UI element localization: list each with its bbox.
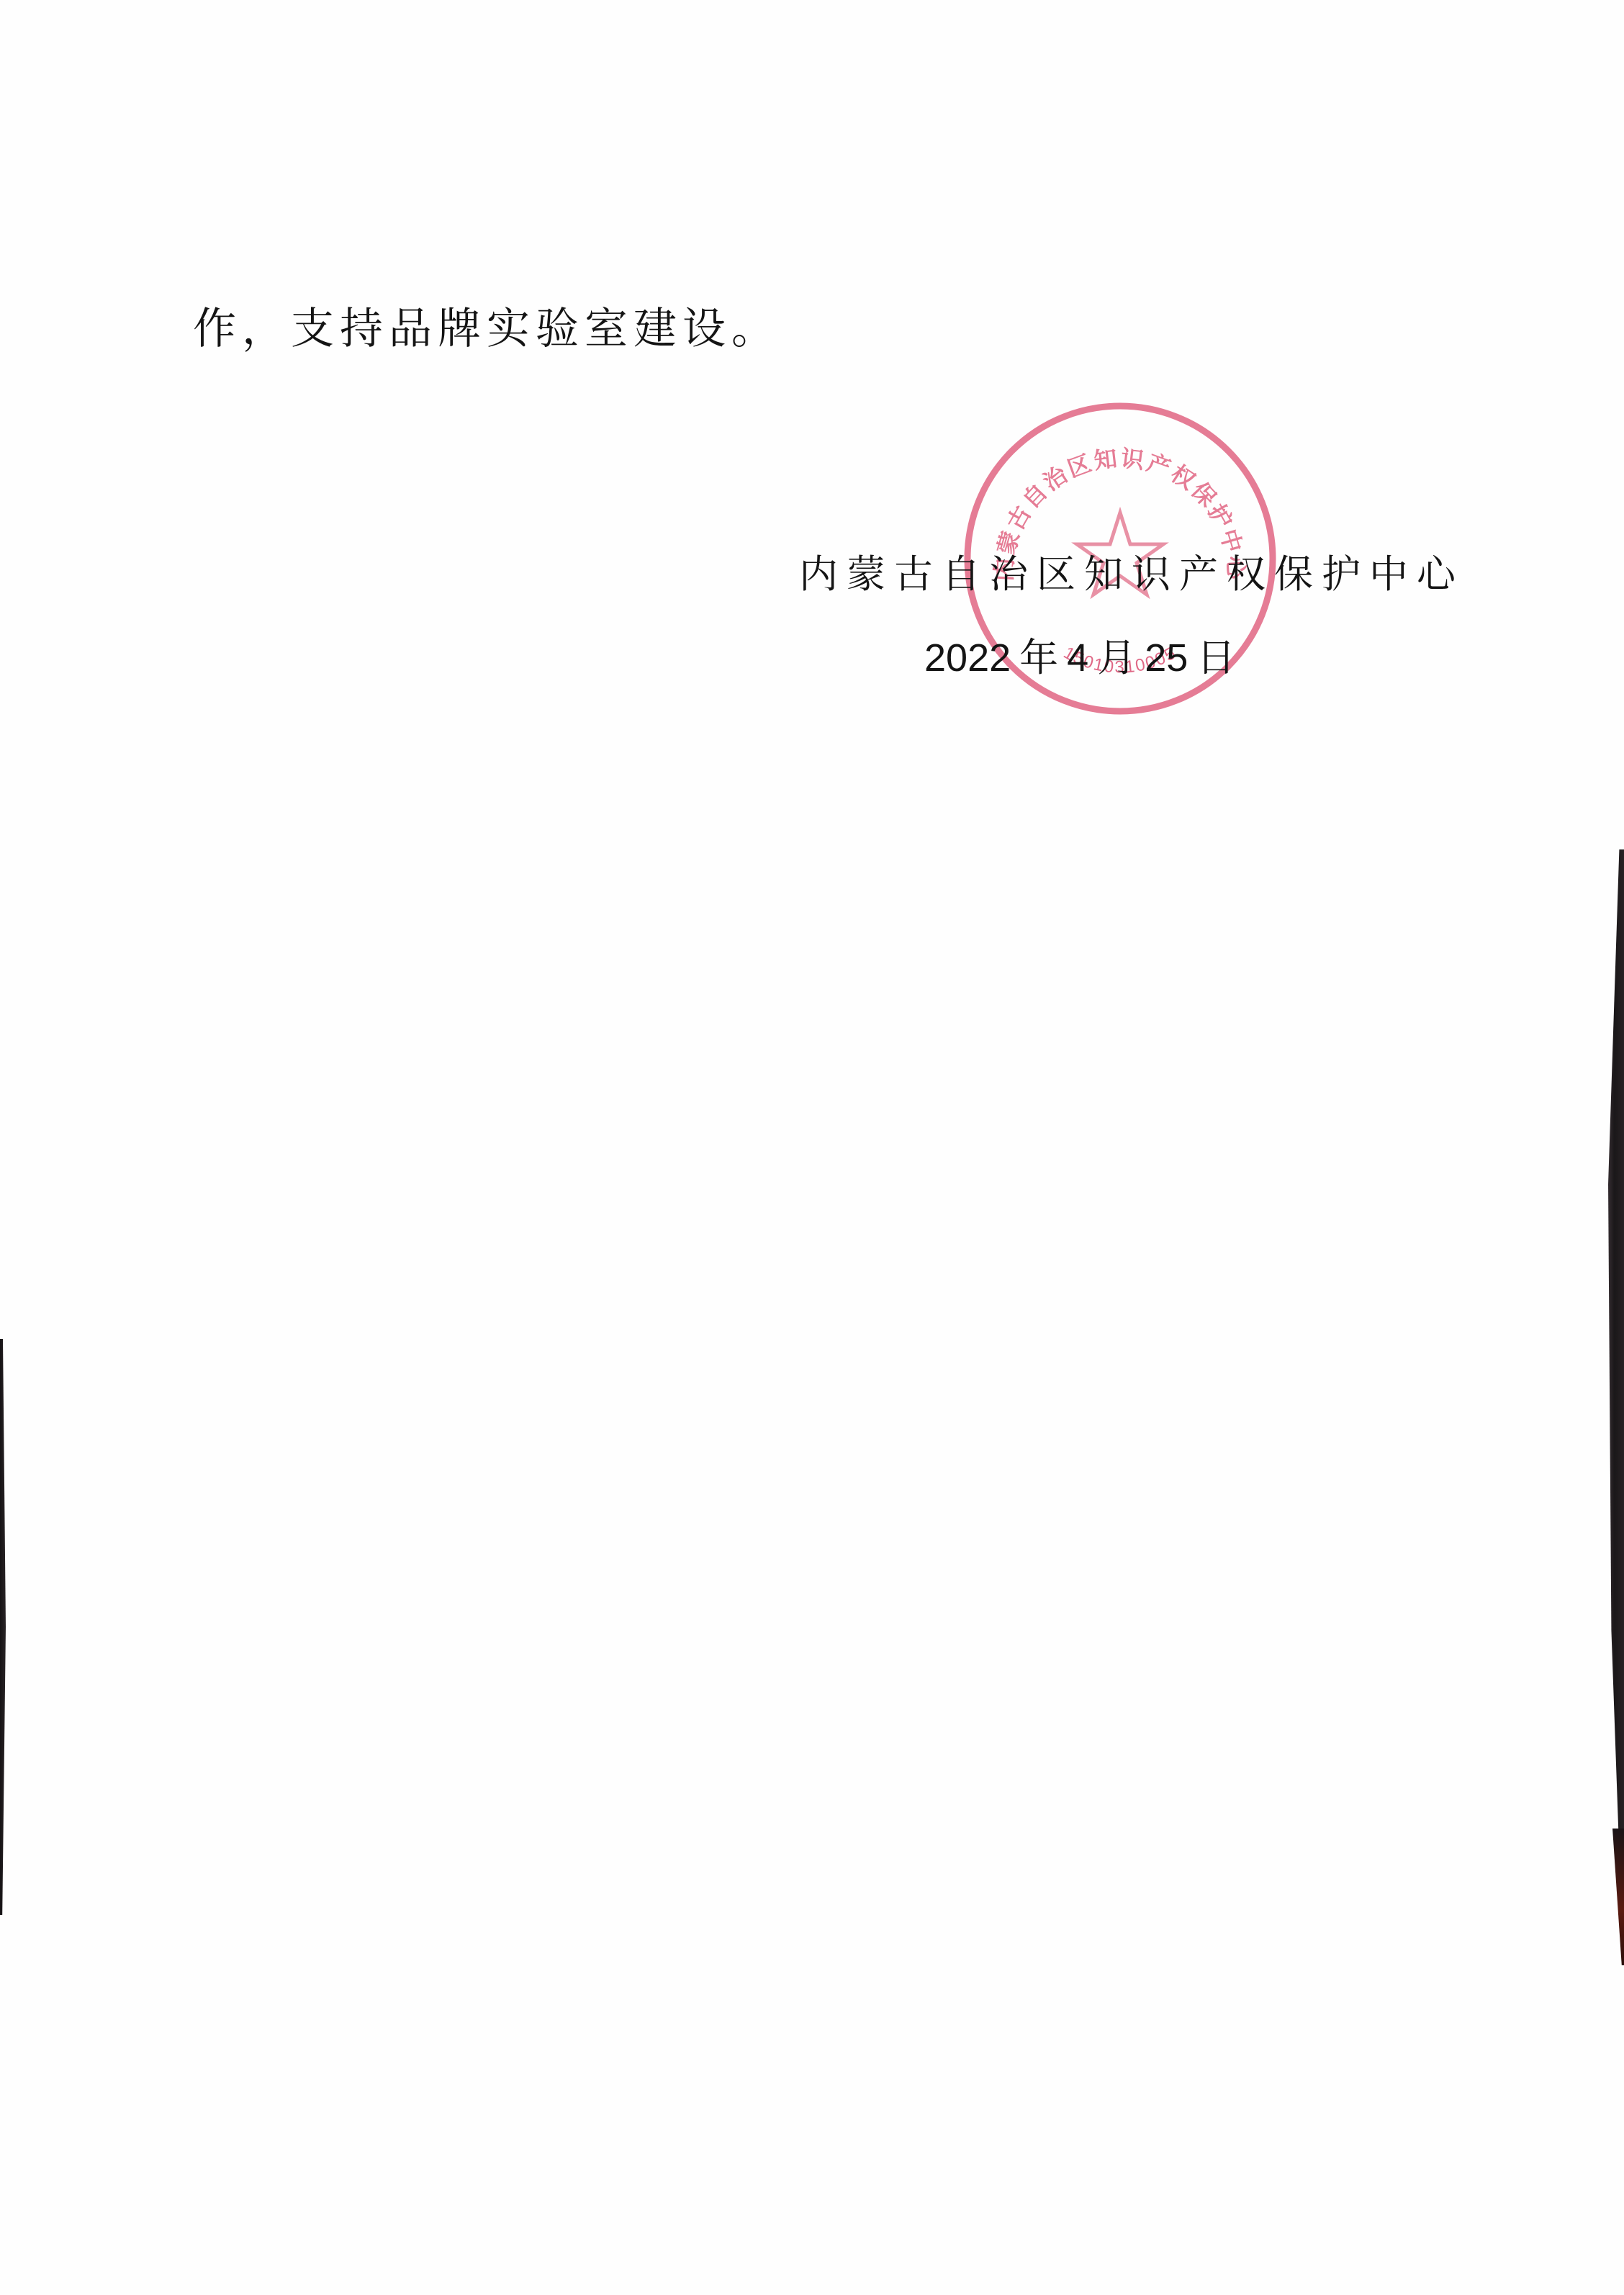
signature-organization: 内蒙古自治区知识产权保护中心 [799, 546, 1464, 603]
signature-date: 2022年4月25日 [924, 629, 1244, 687]
date-year: 2022 [924, 636, 1011, 680]
scanned-page: 作，支持品牌实验室建设。 内蒙古自治区知识产权保护中心 15010310005 … [0, 0, 1624, 2295]
scan-edge-shadow-left [0, 1339, 6, 1915]
date-day: 25 [1145, 636, 1188, 680]
date-month-unit: 月 [1097, 635, 1136, 680]
date-year-unit: 年 [1019, 635, 1058, 680]
scan-edge-shadow-right [1608, 849, 1624, 1965]
date-day-unit: 日 [1196, 635, 1235, 680]
date-month: 4 [1067, 636, 1088, 680]
scan-edge-shadow-right-bottom [1612, 1829, 1624, 1965]
body-text-line: 作，支持品牌实验室建设。 [193, 297, 780, 361]
